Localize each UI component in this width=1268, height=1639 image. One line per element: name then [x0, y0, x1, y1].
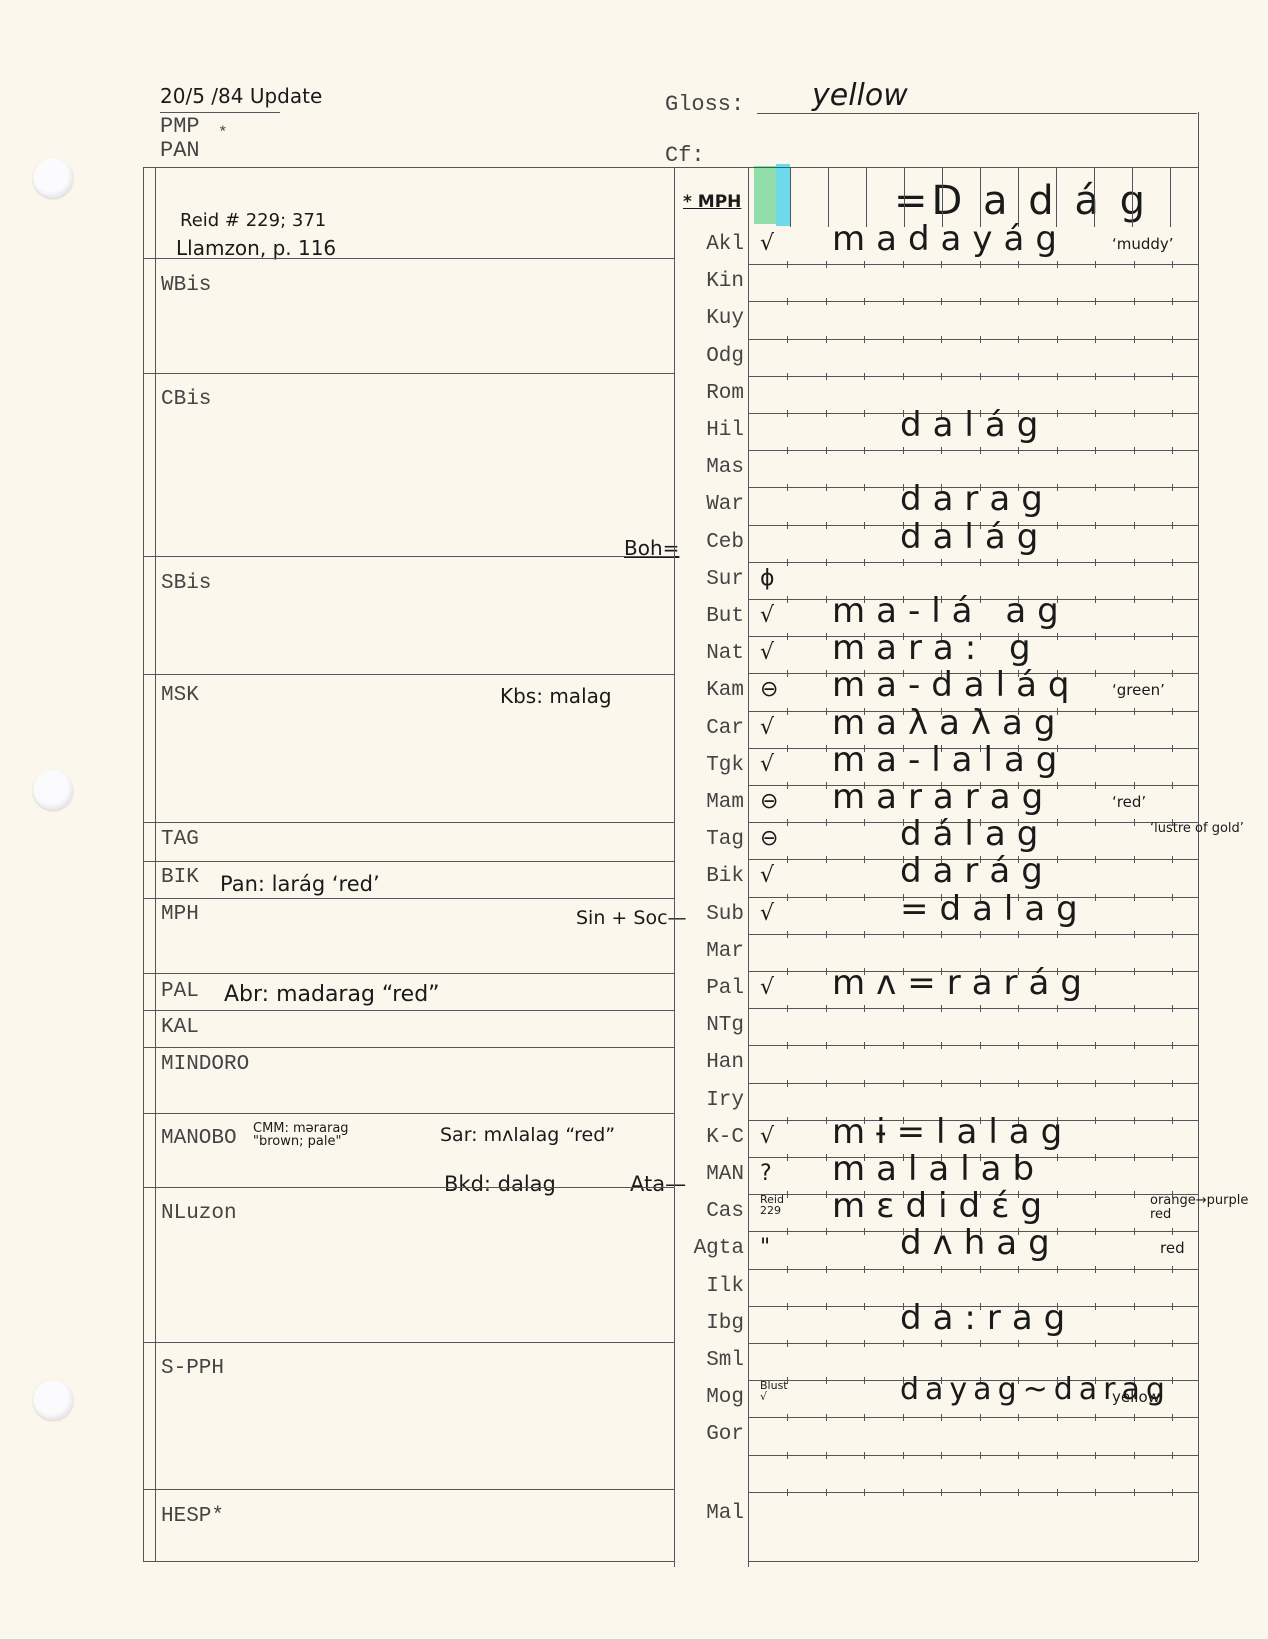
group-label-msk: MSK — [161, 684, 199, 707]
punch-hole — [33, 770, 73, 810]
lang-code: Mar — [668, 940, 744, 963]
row-tick — [1134, 633, 1135, 640]
row-tick — [826, 559, 827, 566]
row-tick — [826, 782, 827, 789]
row-tick — [980, 1266, 981, 1273]
lang-code: K-C — [668, 1126, 744, 1149]
row-tick — [1172, 670, 1173, 677]
reflex-gloss: red — [1160, 1239, 1185, 1257]
row-tick — [1172, 1414, 1173, 1421]
row-tick — [1134, 1228, 1135, 1235]
row-tick — [787, 559, 788, 566]
row-tick — [1018, 1080, 1019, 1087]
row-tick — [1172, 1340, 1173, 1347]
row-tick — [1134, 410, 1135, 417]
row-tick — [826, 745, 827, 752]
row-tick — [826, 1340, 827, 1347]
row-tick — [826, 633, 827, 640]
lang-code: Mas — [668, 456, 744, 479]
row-tick — [1172, 447, 1173, 454]
row-tick — [903, 1005, 904, 1012]
proto-cell-divider — [866, 167, 867, 227]
row-tick — [1057, 856, 1058, 863]
proto-form: =D a d á g — [894, 178, 1149, 224]
row-tick — [980, 559, 981, 566]
row-tick — [826, 1117, 827, 1124]
row-tick — [826, 1080, 827, 1087]
punch-hole — [33, 158, 73, 198]
reflex-form: darag — [900, 479, 1054, 519]
row-tick — [1057, 1340, 1058, 1347]
row-tick — [1018, 336, 1019, 343]
group-divider — [143, 861, 674, 862]
reflex-gloss: ‘lustre of gold’ — [1150, 822, 1260, 836]
status-mark: ? — [760, 1161, 772, 1186]
row-tick — [941, 1080, 942, 1087]
proto-cell-divider — [1132, 167, 1133, 227]
row-tick — [941, 298, 942, 305]
row-tick — [826, 1228, 827, 1235]
lang-code: Han — [668, 1051, 744, 1074]
row-tick — [1134, 708, 1135, 715]
row-tick — [787, 819, 788, 826]
row-tick — [1057, 559, 1058, 566]
row-tick — [1134, 968, 1135, 975]
row-tick — [1172, 1080, 1173, 1087]
table-left-border — [143, 167, 144, 1561]
row-tick — [1134, 894, 1135, 901]
row-tick — [787, 931, 788, 938]
lang-code: Car — [668, 717, 744, 740]
row-tick — [1057, 522, 1058, 529]
row-tick — [1095, 1452, 1096, 1459]
group-divider — [143, 1113, 674, 1114]
row-tick — [1095, 1414, 1096, 1421]
row-tick — [864, 894, 865, 901]
row-tick — [1057, 484, 1058, 491]
row-tick — [1134, 298, 1135, 305]
row-tick — [1172, 298, 1173, 305]
table-bottom-border — [748, 1561, 1198, 1562]
status-mark: ⊖ — [760, 789, 778, 814]
row-tick — [787, 1414, 788, 1421]
lang-code: MAN — [668, 1163, 744, 1186]
row-tick — [787, 1117, 788, 1124]
manobo-sar-note: Sar: mʌlalag “red” — [440, 1124, 615, 1146]
lang-code: Nat — [668, 642, 744, 665]
row-tick — [941, 447, 942, 454]
row-tick — [826, 708, 827, 715]
lang-code: Gor — [668, 1423, 744, 1446]
row-tick — [1095, 1042, 1096, 1049]
table-top-border — [143, 167, 1198, 168]
reflex-gloss: ‘green’ — [1112, 681, 1165, 699]
row-tick — [941, 1266, 942, 1273]
group-label-bik: BIK — [161, 866, 199, 889]
row-line — [748, 562, 1198, 563]
status-mark: √ — [760, 901, 774, 926]
reference-line-1: Reid # 229; 371 — [180, 210, 326, 231]
group-label-cbis: CBis — [161, 388, 211, 411]
row-tick — [864, 931, 865, 938]
row-tick — [1134, 1340, 1135, 1347]
row-tick — [787, 745, 788, 752]
row-tick — [1095, 745, 1096, 752]
reflex-form: maλaλag — [832, 703, 1066, 743]
lang-code: Tgk — [668, 754, 744, 777]
row-tick — [1095, 819, 1096, 826]
row-tick — [864, 484, 865, 491]
row-line — [748, 339, 1198, 340]
row-tick — [1095, 1303, 1096, 1310]
row-tick — [1134, 1117, 1135, 1124]
row-tick — [864, 1080, 865, 1087]
row-tick — [1134, 261, 1135, 268]
status-mark: ϕ — [760, 566, 775, 591]
row-tick — [1134, 447, 1135, 454]
row-tick — [1134, 856, 1135, 863]
row-tick — [787, 261, 788, 268]
row-tick — [903, 931, 904, 938]
row-tick — [1095, 782, 1096, 789]
row-tick — [980, 1005, 981, 1012]
group-label-mindoro: MINDORO — [161, 1053, 249, 1076]
row-tick — [1018, 1005, 1019, 1012]
row-tick — [826, 1042, 827, 1049]
row-tick — [1095, 559, 1096, 566]
status-mark: √ — [760, 863, 774, 888]
row-tick — [826, 819, 827, 826]
group-label-nluzon: NLuzon — [161, 1202, 237, 1225]
reflex-form: ma-lá ag — [832, 591, 1070, 631]
row-tick — [1095, 336, 1096, 343]
row-tick — [1057, 410, 1058, 417]
row-tick — [1172, 856, 1173, 863]
gloss-underline — [757, 113, 1197, 114]
row-tick — [826, 1414, 827, 1421]
proto-cell-divider — [904, 167, 905, 227]
row-tick — [1018, 1340, 1019, 1347]
row-tick — [1172, 1117, 1173, 1124]
reflex-gloss: ‘red’ — [1112, 793, 1146, 811]
row-tick — [1095, 894, 1096, 901]
row-tick — [1134, 782, 1135, 789]
row-tick — [1134, 373, 1135, 380]
row-tick — [1095, 1154, 1096, 1161]
row-line — [748, 1045, 1198, 1046]
row-tick — [864, 336, 865, 343]
status-mark: " — [760, 1235, 770, 1260]
row-tick — [1172, 708, 1173, 715]
row-tick — [864, 1042, 865, 1049]
row-tick — [826, 931, 827, 938]
row-tick — [787, 1228, 788, 1235]
row-tick — [787, 1266, 788, 1273]
row-tick — [941, 1005, 942, 1012]
row-tick — [787, 596, 788, 603]
row-tick — [980, 1489, 981, 1496]
lang-code: Ibg — [668, 1312, 744, 1335]
status-mark: Reid 229 — [760, 1194, 794, 1216]
row-tick — [941, 1452, 942, 1459]
row-tick — [1172, 1303, 1173, 1310]
lang-code: Bik — [668, 865, 744, 888]
pal-note: Abr: madarag “red” — [224, 982, 440, 1007]
row-tick — [941, 1414, 942, 1421]
row-tick — [787, 1489, 788, 1496]
row-tick — [826, 856, 827, 863]
row-tick — [864, 1377, 865, 1384]
row-tick — [1134, 1266, 1135, 1273]
row-tick — [1095, 856, 1096, 863]
row-tick — [903, 447, 904, 454]
row-tick — [1172, 782, 1173, 789]
row-tick — [1095, 484, 1096, 491]
proto-cell-divider — [1018, 167, 1019, 227]
row-tick — [864, 1340, 865, 1347]
row-line — [748, 1492, 1198, 1493]
row-tick — [1134, 1489, 1135, 1496]
row-tick — [864, 261, 865, 268]
row-tick — [903, 1266, 904, 1273]
lang-code: Cas — [668, 1200, 744, 1223]
bik-note: Pan: larág ‘red’ — [220, 872, 380, 896]
row-tick — [864, 1489, 865, 1496]
lang-code: Pal — [668, 977, 744, 1000]
row-tick — [941, 1340, 942, 1347]
group-divider — [143, 373, 674, 374]
group-divider — [143, 556, 674, 557]
lang-code: Mal — [668, 1502, 744, 1525]
row-tick — [787, 298, 788, 305]
group-divider — [143, 674, 674, 675]
row-tick — [980, 1080, 981, 1087]
row-tick — [1134, 1042, 1135, 1049]
row-tick — [903, 1452, 904, 1459]
row-tick — [1172, 968, 1173, 975]
row-tick — [1172, 1266, 1173, 1273]
row-tick — [1134, 1080, 1135, 1087]
row-tick — [1095, 1191, 1096, 1198]
group-divider — [143, 258, 674, 259]
row-tick — [826, 1154, 827, 1161]
row-tick — [826, 1452, 827, 1459]
row-tick — [864, 1414, 865, 1421]
row-tick — [980, 1414, 981, 1421]
lang-code: Akl — [668, 233, 744, 256]
row-tick — [787, 1340, 788, 1347]
row-tick — [903, 373, 904, 380]
row-tick — [1134, 819, 1135, 826]
reflex-gloss: orange→purple red — [1150, 1194, 1260, 1222]
lang-column-divider — [748, 167, 749, 1567]
row-tick — [826, 1005, 827, 1012]
proto-cell-divider — [1170, 167, 1171, 227]
row-tick — [1095, 1489, 1096, 1496]
status-mark: √ — [760, 715, 774, 740]
row-tick — [864, 522, 865, 529]
row-tick — [1134, 522, 1135, 529]
row-tick — [826, 1191, 827, 1198]
status-mark: √ — [760, 603, 774, 628]
row-tick — [1095, 1080, 1096, 1087]
row-tick — [787, 633, 788, 640]
row-tick — [864, 1005, 865, 1012]
punch-hole — [33, 1380, 73, 1420]
lang-code: Kam — [668, 679, 744, 702]
table-bottom-border — [143, 1561, 674, 1562]
reflex-form: da:rag — [900, 1298, 1076, 1338]
row-tick — [787, 782, 788, 789]
lang-code: Ceb — [668, 531, 744, 554]
row-tick — [787, 670, 788, 677]
reflex-form: dʌhag — [900, 1223, 1061, 1263]
row-line — [748, 301, 1198, 302]
row-tick — [1172, 336, 1173, 343]
row-tick — [826, 1266, 827, 1273]
row-tick — [1057, 261, 1058, 268]
status-mark: √ — [760, 975, 774, 1000]
row-tick — [1172, 1042, 1173, 1049]
proto-cell-divider — [828, 167, 829, 227]
row-tick — [1057, 1042, 1058, 1049]
row-tick — [1172, 1377, 1173, 1384]
group-divider — [143, 1010, 674, 1011]
row-tick — [1018, 559, 1019, 566]
pmp-star: * — [218, 124, 228, 142]
row-tick — [826, 261, 827, 268]
lang-code: Mog — [668, 1386, 744, 1409]
group-divider — [143, 1342, 674, 1343]
row-tick — [1134, 559, 1135, 566]
lang-code: Sub — [668, 903, 744, 926]
cf-label: Cf: — [665, 143, 705, 168]
row-tick — [1018, 1414, 1019, 1421]
row-tick — [1172, 559, 1173, 566]
row-tick — [1057, 336, 1058, 343]
row-tick — [1057, 447, 1058, 454]
row-tick — [1095, 522, 1096, 529]
row-line — [748, 376, 1198, 377]
row-tick — [941, 931, 942, 938]
reflex-form: dalág — [900, 517, 1049, 557]
manobo-cmm-note: CMM: mərarag "brown; pale" — [253, 1122, 383, 1148]
row-tick — [864, 1303, 865, 1310]
row-tick — [980, 931, 981, 938]
row-tick — [787, 1080, 788, 1087]
row-tick — [787, 373, 788, 380]
row-tick — [826, 447, 827, 454]
row-tick — [864, 373, 865, 380]
row-tick — [1018, 1266, 1019, 1273]
row-tick — [980, 1042, 981, 1049]
row-tick — [1172, 633, 1173, 640]
row-tick — [826, 596, 827, 603]
row-line — [748, 934, 1198, 935]
reflex-form: mʌ=rarág — [832, 963, 1093, 1003]
row-tick — [1018, 447, 1019, 454]
lang-code: Sur — [668, 568, 744, 591]
row-tick — [787, 1005, 788, 1012]
row-tick — [1172, 261, 1173, 268]
row-tick — [1057, 1154, 1058, 1161]
lang-code: Hil — [668, 419, 744, 442]
row-tick — [826, 522, 827, 529]
status-mark: √ — [760, 640, 774, 665]
proto-cell-divider — [790, 167, 791, 227]
date-note: 20/5 /84 Update — [160, 84, 322, 108]
row-tick — [941, 1489, 942, 1496]
row-tick — [1018, 1042, 1019, 1049]
row-tick — [787, 968, 788, 975]
row-tick — [1095, 596, 1096, 603]
group-divider — [143, 822, 674, 823]
row-tick — [941, 336, 942, 343]
reflex-form: =dalag — [900, 889, 1089, 929]
row-tick — [1172, 596, 1173, 603]
row-tick — [1057, 1414, 1058, 1421]
row-tick — [980, 447, 981, 454]
proto-cell-divider — [980, 167, 981, 227]
reflex-form: madayág — [832, 219, 1068, 259]
reflex-form: mararag — [832, 777, 1054, 817]
row-tick — [903, 1080, 904, 1087]
lang-code: Odg — [668, 345, 744, 368]
group-label-s-pph: S-PPH — [161, 1357, 224, 1380]
lang-code: Kuy — [668, 307, 744, 330]
row-tick — [864, 298, 865, 305]
row-tick — [903, 1340, 904, 1347]
status-mark: ⊖ — [760, 677, 778, 702]
reference-line-2: Llamzon, p. 116 — [176, 236, 336, 260]
row-tick — [1134, 336, 1135, 343]
row-tick — [1095, 373, 1096, 380]
date-underline — [160, 112, 280, 113]
proto-cell-divider — [1056, 167, 1057, 227]
reflex-form: mɨ=lalag — [832, 1112, 1073, 1152]
row-tick — [1018, 1452, 1019, 1459]
row-tick — [980, 1452, 981, 1459]
lang-code: Sml — [668, 1349, 744, 1372]
row-tick — [1134, 931, 1135, 938]
row-line — [748, 1008, 1198, 1009]
row-line — [748, 1417, 1198, 1418]
row-tick — [864, 559, 865, 566]
row-tick — [1172, 373, 1173, 380]
row-tick — [1057, 1266, 1058, 1273]
row-tick — [787, 708, 788, 715]
row-tick — [826, 298, 827, 305]
row-tick — [1095, 298, 1096, 305]
row-tick — [1095, 1005, 1096, 1012]
proto-cell-divider — [942, 167, 943, 227]
row-tick — [1172, 931, 1173, 938]
reflex-gloss: yellow — [1112, 1388, 1160, 1406]
lang-code: Agta — [668, 1237, 744, 1260]
status-mark: ⊖ — [760, 826, 778, 851]
row-tick — [903, 1042, 904, 1049]
row-tick — [864, 410, 865, 417]
row-tick — [1134, 1191, 1135, 1198]
row-tick — [864, 1228, 865, 1235]
row-tick — [941, 559, 942, 566]
row-tick — [1172, 522, 1173, 529]
row-tick — [1057, 1489, 1058, 1496]
row-tick — [1018, 1489, 1019, 1496]
row-tick — [1057, 1452, 1058, 1459]
row-tick — [903, 336, 904, 343]
row-tick — [826, 670, 827, 677]
